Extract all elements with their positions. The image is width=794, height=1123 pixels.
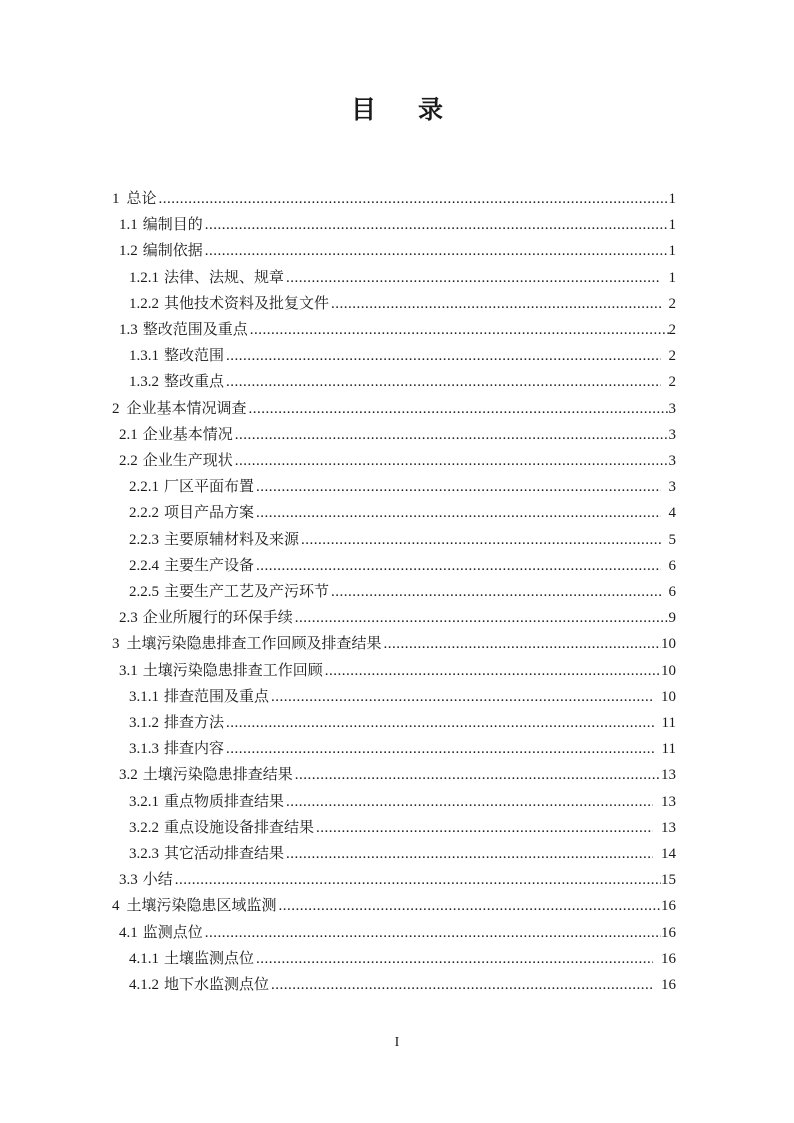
toc-entry-title: 法律、法规、规章 xyxy=(164,265,284,291)
dot-leader: ........................................… xyxy=(249,396,669,422)
toc-entry-title: 编制依据 xyxy=(143,238,203,264)
toc-entry-title: 企业所履行的环保手续 xyxy=(143,605,293,631)
toc-entry: 1.3整改范围及重点..............................… xyxy=(112,317,676,343)
dot-leader: ........................................… xyxy=(331,291,660,317)
toc-entry-title: 小结 xyxy=(143,867,173,893)
toc-entry: 4.1监测点位.................................… xyxy=(112,920,676,946)
toc-entry-number: 2 xyxy=(112,396,120,422)
toc-entry-title: 排查范围及重点 xyxy=(164,684,269,710)
toc-entry-number: 2.3 xyxy=(119,605,138,631)
toc-entry-title: 其它活动排查结果 xyxy=(164,841,284,867)
toc-entry-number: 2.2.2 xyxy=(129,500,159,526)
dot-leader: ........................................… xyxy=(235,448,669,474)
toc-list: 1总论.....................................… xyxy=(112,186,676,998)
dot-leader: ........................................… xyxy=(286,789,653,815)
toc-entry: 2.2.3主要原辅材料及来源..........................… xyxy=(112,527,676,553)
toc-entry-number: 4.1.1 xyxy=(129,946,159,972)
toc-entry-title: 其他技术资料及批复文件 xyxy=(164,291,329,317)
toc-entry-page-number: 16 xyxy=(661,920,676,946)
toc-entry-title: 企业生产现状 xyxy=(143,448,233,474)
toc-entry-number: 4 xyxy=(112,893,120,919)
toc-entry-page-number: 13 xyxy=(661,815,676,841)
toc-entry: 2.2.5主要生产工艺及产污环节........................… xyxy=(112,579,676,605)
dot-leader: ........................................… xyxy=(271,972,653,998)
toc-entry-number: 1.3 xyxy=(119,317,138,343)
toc-entry-number: 4.1.2 xyxy=(129,972,159,998)
toc-entry-number: 2.1 xyxy=(119,422,138,448)
toc-entry: 1.2.1法律、法规、规章...........................… xyxy=(112,265,676,291)
toc-entry: 4.1.1土壤监测点位.............................… xyxy=(112,946,676,972)
toc-entry-page-number: 3 xyxy=(669,422,677,448)
dot-leader: ........................................… xyxy=(256,500,660,526)
dot-leader: ........................................… xyxy=(256,553,660,579)
toc-entry-page-number: 16 xyxy=(661,946,676,972)
toc-entry-number: 3.3 xyxy=(119,867,138,893)
toc-entry-page-number: 13 xyxy=(661,789,676,815)
toc-entry-title: 总论 xyxy=(127,186,157,212)
toc-entry-number: 1 xyxy=(112,186,120,212)
toc-entry: 1.1编制目的.................................… xyxy=(112,212,676,238)
toc-entry-number: 3.1 xyxy=(119,658,138,684)
toc-entry-page-number: 10 xyxy=(661,631,676,657)
toc-entry-title: 项目产品方案 xyxy=(164,500,254,526)
toc-entry-title: 土壤污染隐患排查工作回顾及排查结果 xyxy=(127,631,382,657)
toc-entry: 3.1.1排查范围及重点............................… xyxy=(112,684,676,710)
dot-leader: ........................................… xyxy=(226,736,654,762)
toc-entry: 2企业基本情况调查...............................… xyxy=(112,396,676,422)
toc-entry-number: 1.3.1 xyxy=(129,343,159,369)
toc-entry-number: 3.1.2 xyxy=(129,710,159,736)
toc-entry-number: 2.2.1 xyxy=(129,474,159,500)
toc-entry: 3.1.2排查方法...............................… xyxy=(112,710,676,736)
toc-entry-page-number: 3 xyxy=(669,448,677,474)
dot-leader: ........................................… xyxy=(316,815,653,841)
toc-entry-title: 土壤监测点位 xyxy=(164,946,254,972)
footer-page-number: I xyxy=(0,1034,794,1052)
dot-leader: ........................................… xyxy=(301,527,660,553)
toc-entry-title: 主要原辅材料及来源 xyxy=(164,527,299,553)
dot-leader: ........................................… xyxy=(256,946,653,972)
toc-entry-number: 3.2.3 xyxy=(129,841,159,867)
toc-entry-title: 企业基本情况 xyxy=(143,422,233,448)
toc-entry: 4.1.2地下水监测点位............................… xyxy=(112,972,676,998)
toc-entry-title: 重点物质排查结果 xyxy=(164,789,284,815)
toc-entry: 2.1企业基本情况...............................… xyxy=(112,422,676,448)
toc-entry-page-number: 16 xyxy=(661,893,676,919)
toc-entry-page-number: 2 xyxy=(669,291,677,317)
dot-leader: ........................................… xyxy=(226,710,654,736)
toc-entry-page-number: 14 xyxy=(661,841,676,867)
toc-entry-title: 地下水监测点位 xyxy=(164,972,269,998)
toc-entry-number: 1.3.2 xyxy=(129,369,159,395)
toc-entry-page-number: 5 xyxy=(669,527,677,553)
toc-entry: 3.2.3其它活动排查结果...........................… xyxy=(112,841,676,867)
toc-entry-page-number: 11 xyxy=(662,710,676,736)
dot-leader: ........................................… xyxy=(384,631,661,657)
toc-entry-title: 主要生产设备 xyxy=(164,553,254,579)
toc-entry-page-number: 1 xyxy=(669,265,677,291)
toc-entry-page-number: 6 xyxy=(669,579,677,605)
dot-leader: ........................................… xyxy=(175,867,661,893)
toc-entry-page-number: 2 xyxy=(669,343,677,369)
toc-entry: 3.2.1重点物质排查结果...........................… xyxy=(112,789,676,815)
toc-entry-page-number: 2 xyxy=(669,369,677,395)
toc-entry-title: 整改范围 xyxy=(164,343,224,369)
toc-entry-page-number: 3 xyxy=(669,396,677,422)
toc-entry-page-number: 9 xyxy=(669,605,677,631)
toc-entry: 2.2.1厂区平面布置.............................… xyxy=(112,474,676,500)
page-title: 目 录 xyxy=(0,0,794,126)
toc-entry: 3土壤污染隐患排查工作回顾及排查结果......................… xyxy=(112,631,676,657)
toc-entry-number: 2.2.3 xyxy=(129,527,159,553)
toc-entry-number: 3.1.3 xyxy=(129,736,159,762)
toc-entry: 4土壤污染隐患区域监测.............................… xyxy=(112,893,676,919)
toc-entry-page-number: 16 xyxy=(661,972,676,998)
document-page: 目 录 1总论.................................… xyxy=(0,0,794,1123)
dot-leader: ........................................… xyxy=(235,422,669,448)
toc-entry-number: 3.2.1 xyxy=(129,789,159,815)
toc-entry-page-number: 10 xyxy=(661,684,676,710)
toc-entry: 1.2编制依据.................................… xyxy=(112,238,676,264)
page-title-char-2: 录 xyxy=(418,96,443,126)
dot-leader: ........................................… xyxy=(286,265,660,291)
toc-entry-number: 1.1 xyxy=(119,212,138,238)
dot-leader: ........................................… xyxy=(295,605,669,631)
toc-entry-number: 2.2.4 xyxy=(129,553,159,579)
dot-leader: ........................................… xyxy=(226,369,660,395)
toc-entry: 3.2.2重点设施设备排查结果.........................… xyxy=(112,815,676,841)
dot-leader: ........................................… xyxy=(205,238,669,264)
toc-entry: 3.3小结...................................… xyxy=(112,867,676,893)
dot-leader: ........................................… xyxy=(295,762,661,788)
toc-entry: 2.2.2项目产品方案.............................… xyxy=(112,500,676,526)
toc-entry-title: 企业基本情况调查 xyxy=(127,396,247,422)
toc-entry-title: 土壤污染隐患排查结果 xyxy=(143,762,293,788)
toc-entry-page-number: 15 xyxy=(661,867,676,893)
toc-entry-page-number: 4 xyxy=(669,500,677,526)
toc-entry-number: 2.2.5 xyxy=(129,579,159,605)
toc-entry: 3.2土壤污染隐患排查结果...........................… xyxy=(112,762,676,788)
toc-entry-title: 厂区平面布置 xyxy=(164,474,254,500)
toc-entry-title: 土壤污染隐患区域监测 xyxy=(127,893,277,919)
dot-leader: ........................................… xyxy=(331,579,660,605)
dot-leader: ........................................… xyxy=(205,920,661,946)
dot-leader: ........................................… xyxy=(226,343,660,369)
toc-entry: 3.1土壤污染隐患排查工作回顾.........................… xyxy=(112,658,676,684)
page-title-char-1: 目 xyxy=(351,96,376,126)
toc-entry-title: 编制目的 xyxy=(143,212,203,238)
toc-entry-page-number: 2 xyxy=(669,317,677,343)
toc-entry-page-number: 6 xyxy=(669,553,677,579)
toc-entry-number: 1.2 xyxy=(119,238,138,264)
toc-entry-page-number: 11 xyxy=(662,736,676,762)
toc-entry-title: 排查方法 xyxy=(164,710,224,736)
toc-entry: 2.2.4主要生产设备.............................… xyxy=(112,553,676,579)
toc-entry-title: 土壤污染隐患排查工作回顾 xyxy=(143,658,323,684)
toc-entry-number: 3.2 xyxy=(119,762,138,788)
dot-leader: ........................................… xyxy=(271,684,653,710)
toc-entry-number: 4.1 xyxy=(119,920,138,946)
toc-entry-title: 整改范围及重点 xyxy=(143,317,248,343)
toc-entry-number: 3 xyxy=(112,631,120,657)
toc-entry-title: 整改重点 xyxy=(164,369,224,395)
toc-entry-page-number: 10 xyxy=(661,658,676,684)
dot-leader: ........................................… xyxy=(325,658,661,684)
toc-entry-number: 3.1.1 xyxy=(129,684,159,710)
toc-entry-page-number: 1 xyxy=(669,238,677,264)
toc-entry-number: 2.2 xyxy=(119,448,138,474)
toc-entry-title: 重点设施设备排查结果 xyxy=(164,815,314,841)
dot-leader: ........................................… xyxy=(256,474,660,500)
toc-entry: 1总论.....................................… xyxy=(112,186,676,212)
dot-leader: ........................................… xyxy=(250,317,669,343)
dot-leader: ........................................… xyxy=(279,893,661,919)
toc-entry-title: 排查内容 xyxy=(164,736,224,762)
toc-entry-number: 1.2.2 xyxy=(129,291,159,317)
dot-leader: ........................................… xyxy=(286,841,653,867)
toc-entry-number: 3.2.2 xyxy=(129,815,159,841)
toc-entry: 1.3.2整改重点...............................… xyxy=(112,369,676,395)
toc-entry-page-number: 3 xyxy=(669,474,677,500)
toc-entry-title: 主要生产工艺及产污环节 xyxy=(164,579,329,605)
toc-entry: 1.3.1整改范围...............................… xyxy=(112,343,676,369)
toc-entry-page-number: 1 xyxy=(669,186,677,212)
toc-entry: 1.2.2其他技术资料及批复文件........................… xyxy=(112,291,676,317)
toc-entry-title: 监测点位 xyxy=(143,920,203,946)
toc-entry-number: 1.2.1 xyxy=(129,265,159,291)
toc-entry: 3.1.3排查内容...............................… xyxy=(112,736,676,762)
dot-leader: ........................................… xyxy=(205,212,669,238)
toc-entry-page-number: 1 xyxy=(669,212,677,238)
dot-leader: ........................................… xyxy=(159,186,669,212)
toc-entry-page-number: 13 xyxy=(661,762,676,788)
toc-entry: 2.2企业生产现状...............................… xyxy=(112,448,676,474)
toc-entry: 2.3企业所履行的环保手续...........................… xyxy=(112,605,676,631)
